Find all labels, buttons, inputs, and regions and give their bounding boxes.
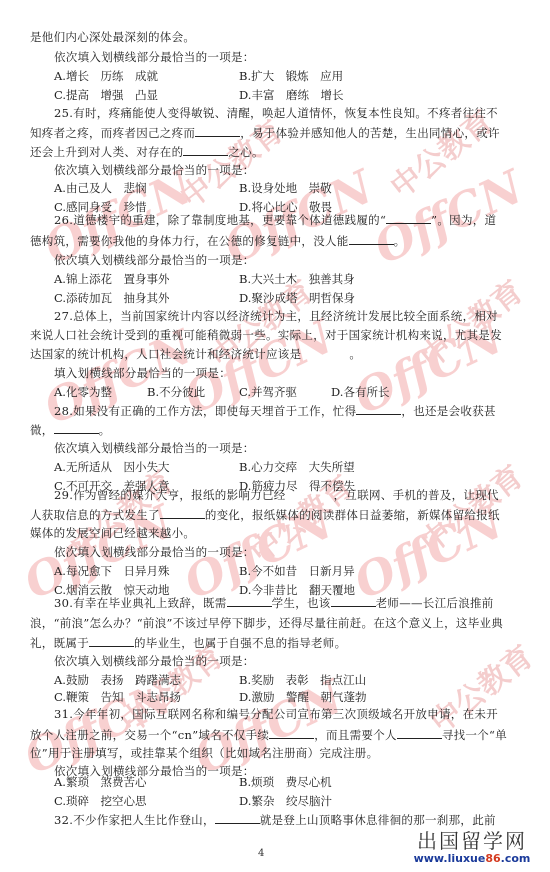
question-prompt: 填入划横线部分最恰当的一项是： xyxy=(54,365,514,381)
question-25-text: 还会上升到对人类、对存在的之心。 xyxy=(30,143,490,160)
question-prompt: 依次填入划横线部分最恰当的一项是： xyxy=(54,653,514,669)
text-span: 还会上升到对人类、对存在的 xyxy=(30,145,183,159)
question-27-text: 27.总体上，当前国家统计内容以经济统计为主，且经济统计发展比较全面系统，相对 xyxy=(54,308,514,324)
question-prompt: 依次填入划横线部分最恰当的一项是： xyxy=(54,162,514,178)
answer-blank xyxy=(160,506,205,519)
logo-url[interactable]: www.liuxue86.com xyxy=(397,852,547,865)
option-a: A.繁琐 煞费苦心 xyxy=(54,774,146,790)
text-span: 寻找一个“单 xyxy=(442,728,507,742)
text-span: 。 xyxy=(349,347,361,361)
option-a: A.每况愈下 日异月殊 xyxy=(54,563,169,579)
text-span: ”。因为，道 xyxy=(431,213,496,227)
text-span: 知疼者之疼，而疼者因己之疼而 xyxy=(30,126,195,140)
answer-blank xyxy=(89,634,134,647)
answer-blank xyxy=(356,402,401,415)
option-b: B.扩大 锻炼 应用 xyxy=(239,68,343,84)
text-span: ，易于体验并感知他人的苦楚，生出同情心，或许 xyxy=(240,126,500,140)
option-a: A.鼓励 表扬 踌躇满志 xyxy=(54,672,181,688)
option-d: D.激励 警醒 朝气蓬勃 xyxy=(239,689,366,705)
question-30-text: 30.有幸在毕业典礼上致辞，既需学生，也该老师——长江后浪推前 xyxy=(54,594,514,611)
answer-blank xyxy=(397,726,442,739)
option-b: B.不分彼此 xyxy=(147,384,205,400)
answer-blank xyxy=(331,594,376,607)
option-a: A.无所适从 因小失大 xyxy=(54,459,169,475)
text-line: 是他们内心深处最深刻的体会。 xyxy=(30,29,490,45)
exam-page: 中公教育 中公教育 OffCN OffCN OffCN 中公教育 中公教育 Of… xyxy=(0,0,550,872)
text-span: 学生，也该 xyxy=(272,596,331,610)
answer-blank xyxy=(215,811,260,824)
logo-url-prefix: www.liuxue xyxy=(414,852,486,865)
text-span: 。 xyxy=(394,234,406,248)
question-prompt: 依次填入划横线部分最恰当的一项是： xyxy=(54,440,514,456)
text-span: 之心。 xyxy=(228,145,263,159)
text-span: 微， xyxy=(30,423,54,437)
site-logo[interactable]: 出国留学网 www.liuxue86.com xyxy=(397,830,547,865)
question-31-text: 放个人注册之前，交易一个“cn”域名不仅手续，而且需要个人寻找一个“单 xyxy=(30,726,490,743)
logo-url-suffix: .com xyxy=(501,852,531,865)
option-d: D.聚沙成塔 明哲保身 xyxy=(239,290,355,306)
text-span: 达国家的统计机构，人口社会统计和经济统计应该是 xyxy=(30,347,301,361)
text-span: 就是登上山顶略事休息徘徊的那一刹那，此前 xyxy=(260,813,496,827)
answer-blank xyxy=(349,232,394,245)
question-30-text: 礼，既属于的毕业生，也属于自强不息的指导老师。 xyxy=(30,634,490,651)
text-span: 老师——长江后浪推前 xyxy=(376,596,494,610)
option-a: A.锦上添花 置身事外 xyxy=(54,271,169,287)
question-31-text: 31.今年年初，国际互联网名称和编号分配公司宣布第三次顶级域名开放申请，在未开 xyxy=(54,706,514,722)
question-28-text: 微，。 xyxy=(30,421,490,438)
question-32-text: 32.不少作家把人生比作登山，就是登上山顶略事休息徘徊的那一刹那，此前 xyxy=(54,811,514,828)
text-span: 26.道德楼宇的重建，除了靠制度地基，更要靠个体道德践履的“ xyxy=(54,213,386,227)
option-b: B.设身处地 崇敬 xyxy=(239,180,332,196)
logo-url-highlight: 86 xyxy=(485,852,500,865)
answer-blank xyxy=(195,124,240,137)
text-span: 人获取信息的方式发生了 xyxy=(30,508,160,522)
option-c: C.鞭策 告知 斗志昂扬 xyxy=(54,689,181,705)
question-prompt: 依次填入划横线部分最恰当的一项是： xyxy=(54,252,514,268)
question-27-text: 来说人口社会统计受到的重视可能稍微弱一些。实际上，对于国家统计机构来说，尤其是发 xyxy=(30,327,490,343)
option-d: D.繁杂 绞尽脑汁 xyxy=(239,793,332,809)
text-span: 礼，既属于 xyxy=(30,636,89,650)
question-27-text: 达国家的统计机构，人口社会统计和经济统计应该是。 xyxy=(30,346,490,362)
question-31-text: 位”用于注册填写，或挂靠某个组织（比如域名注册商）完成注册。 xyxy=(30,745,490,761)
answer-blank xyxy=(227,594,272,607)
logo-title: 出国留学网 xyxy=(397,830,547,852)
text-span: 。 xyxy=(99,423,111,437)
text-span: 的变化，报纸媒体的阅读群体日益萎缩，新媒体留给报纸 xyxy=(205,508,500,522)
option-b: B.大兴土木 独善其身 xyxy=(239,271,355,287)
option-a: A.由己及人 悲悯 xyxy=(54,180,146,196)
question-26-text: 26.道德楼宇的重建，除了靠制度地基，更要靠个体道德践履的“”。因为，道 xyxy=(54,211,514,228)
option-b: B.心力交瘁 大失所望 xyxy=(239,459,355,475)
question-30-text: 浪，“前浪”怎么办？“前浪”不该过早停下脚步，还得尽量往前赶。在这个意义上，这毕… xyxy=(30,615,490,631)
text-span: ，也还是会收获甚 xyxy=(401,404,495,418)
option-d: D.各有所长 xyxy=(331,384,389,400)
option-c: C.并驾齐驱 xyxy=(239,384,297,400)
text-span: 放个人注册之前，交易一个“cn”域名不仅手续 xyxy=(30,728,269,742)
option-c: C.添砖加瓦 抽身其外 xyxy=(54,290,170,306)
answer-blank xyxy=(269,726,314,739)
question-28-text: 28.如果没有正确的工作方法，即使每天埋首于工作，忙得，也还是会收获甚 xyxy=(54,402,514,419)
text-span: 28.如果没有正确的工作方法，即使每天埋首于工作，忙得 xyxy=(54,404,356,418)
option-c: C.提高 增强 凸显 xyxy=(54,87,158,103)
text-span: 30.有幸在毕业典礼上致辞，既需 xyxy=(54,596,227,610)
question-29-text: 媒体的发展空间已经越来越小。 xyxy=(30,525,490,541)
text-span: 的毕业生，也属于自强不息的指导老师。 xyxy=(134,636,346,650)
question-29-text: 29.作为曾经的媒介大亨，报纸的影响力已经，互联网、手机的普及，让现代 xyxy=(54,487,514,503)
question-prompt: 依次填入划横线部分最恰当的一项是： xyxy=(54,49,514,65)
answer-blank xyxy=(183,143,228,156)
option-a: A.增长 历练 成就 xyxy=(54,68,158,84)
text-span: 德构筑，需要你我他的身体力行，在公德的修复链中，没人能 xyxy=(30,234,349,248)
question-26-text: 德构筑，需要你我他的身体力行，在公德的修复链中，没人能。 xyxy=(30,232,490,249)
answer-blank xyxy=(54,421,99,434)
text-span: ，而且需要个人 xyxy=(314,728,397,742)
option-b: B.烦琐 费尽心机 xyxy=(239,774,332,790)
question-prompt: 依次填入划横线部分最恰当的一项是： xyxy=(54,544,514,560)
text-span: 32.不少作家把人生比作登山， xyxy=(54,813,215,827)
page-number: 4 xyxy=(258,848,264,859)
text-span: ，互联网、手机的普及，让现代 xyxy=(334,488,499,502)
option-b: B.今不如昔 日新月异 xyxy=(239,563,355,579)
option-c: C.琐碎 挖空心思 xyxy=(54,793,147,809)
question-25-text: 25.有时，疼痛能使人变得敏锐、清醒，唤起人道情怀，恢复本性良知。不疼者往往不 xyxy=(54,105,514,121)
option-a: A.化零为整 xyxy=(54,384,112,400)
text-span: 29.作为曾经的媒介大亨，报纸的影响力已经 xyxy=(54,488,286,502)
question-29-text: 人获取信息的方式发生了的变化，报纸媒体的阅读群体日益萎缩，新媒体留给报纸 xyxy=(30,506,490,523)
answer-blank xyxy=(386,211,431,224)
question-25-text: 知疼者之疼，而疼者因己之疼而，易于体验并感知他人的苦楚，生出同情心，或许 xyxy=(30,124,490,141)
option-b: B.奖励 表彰 指点江山 xyxy=(239,672,366,688)
option-d: D.丰富 磨练 增长 xyxy=(239,87,343,103)
